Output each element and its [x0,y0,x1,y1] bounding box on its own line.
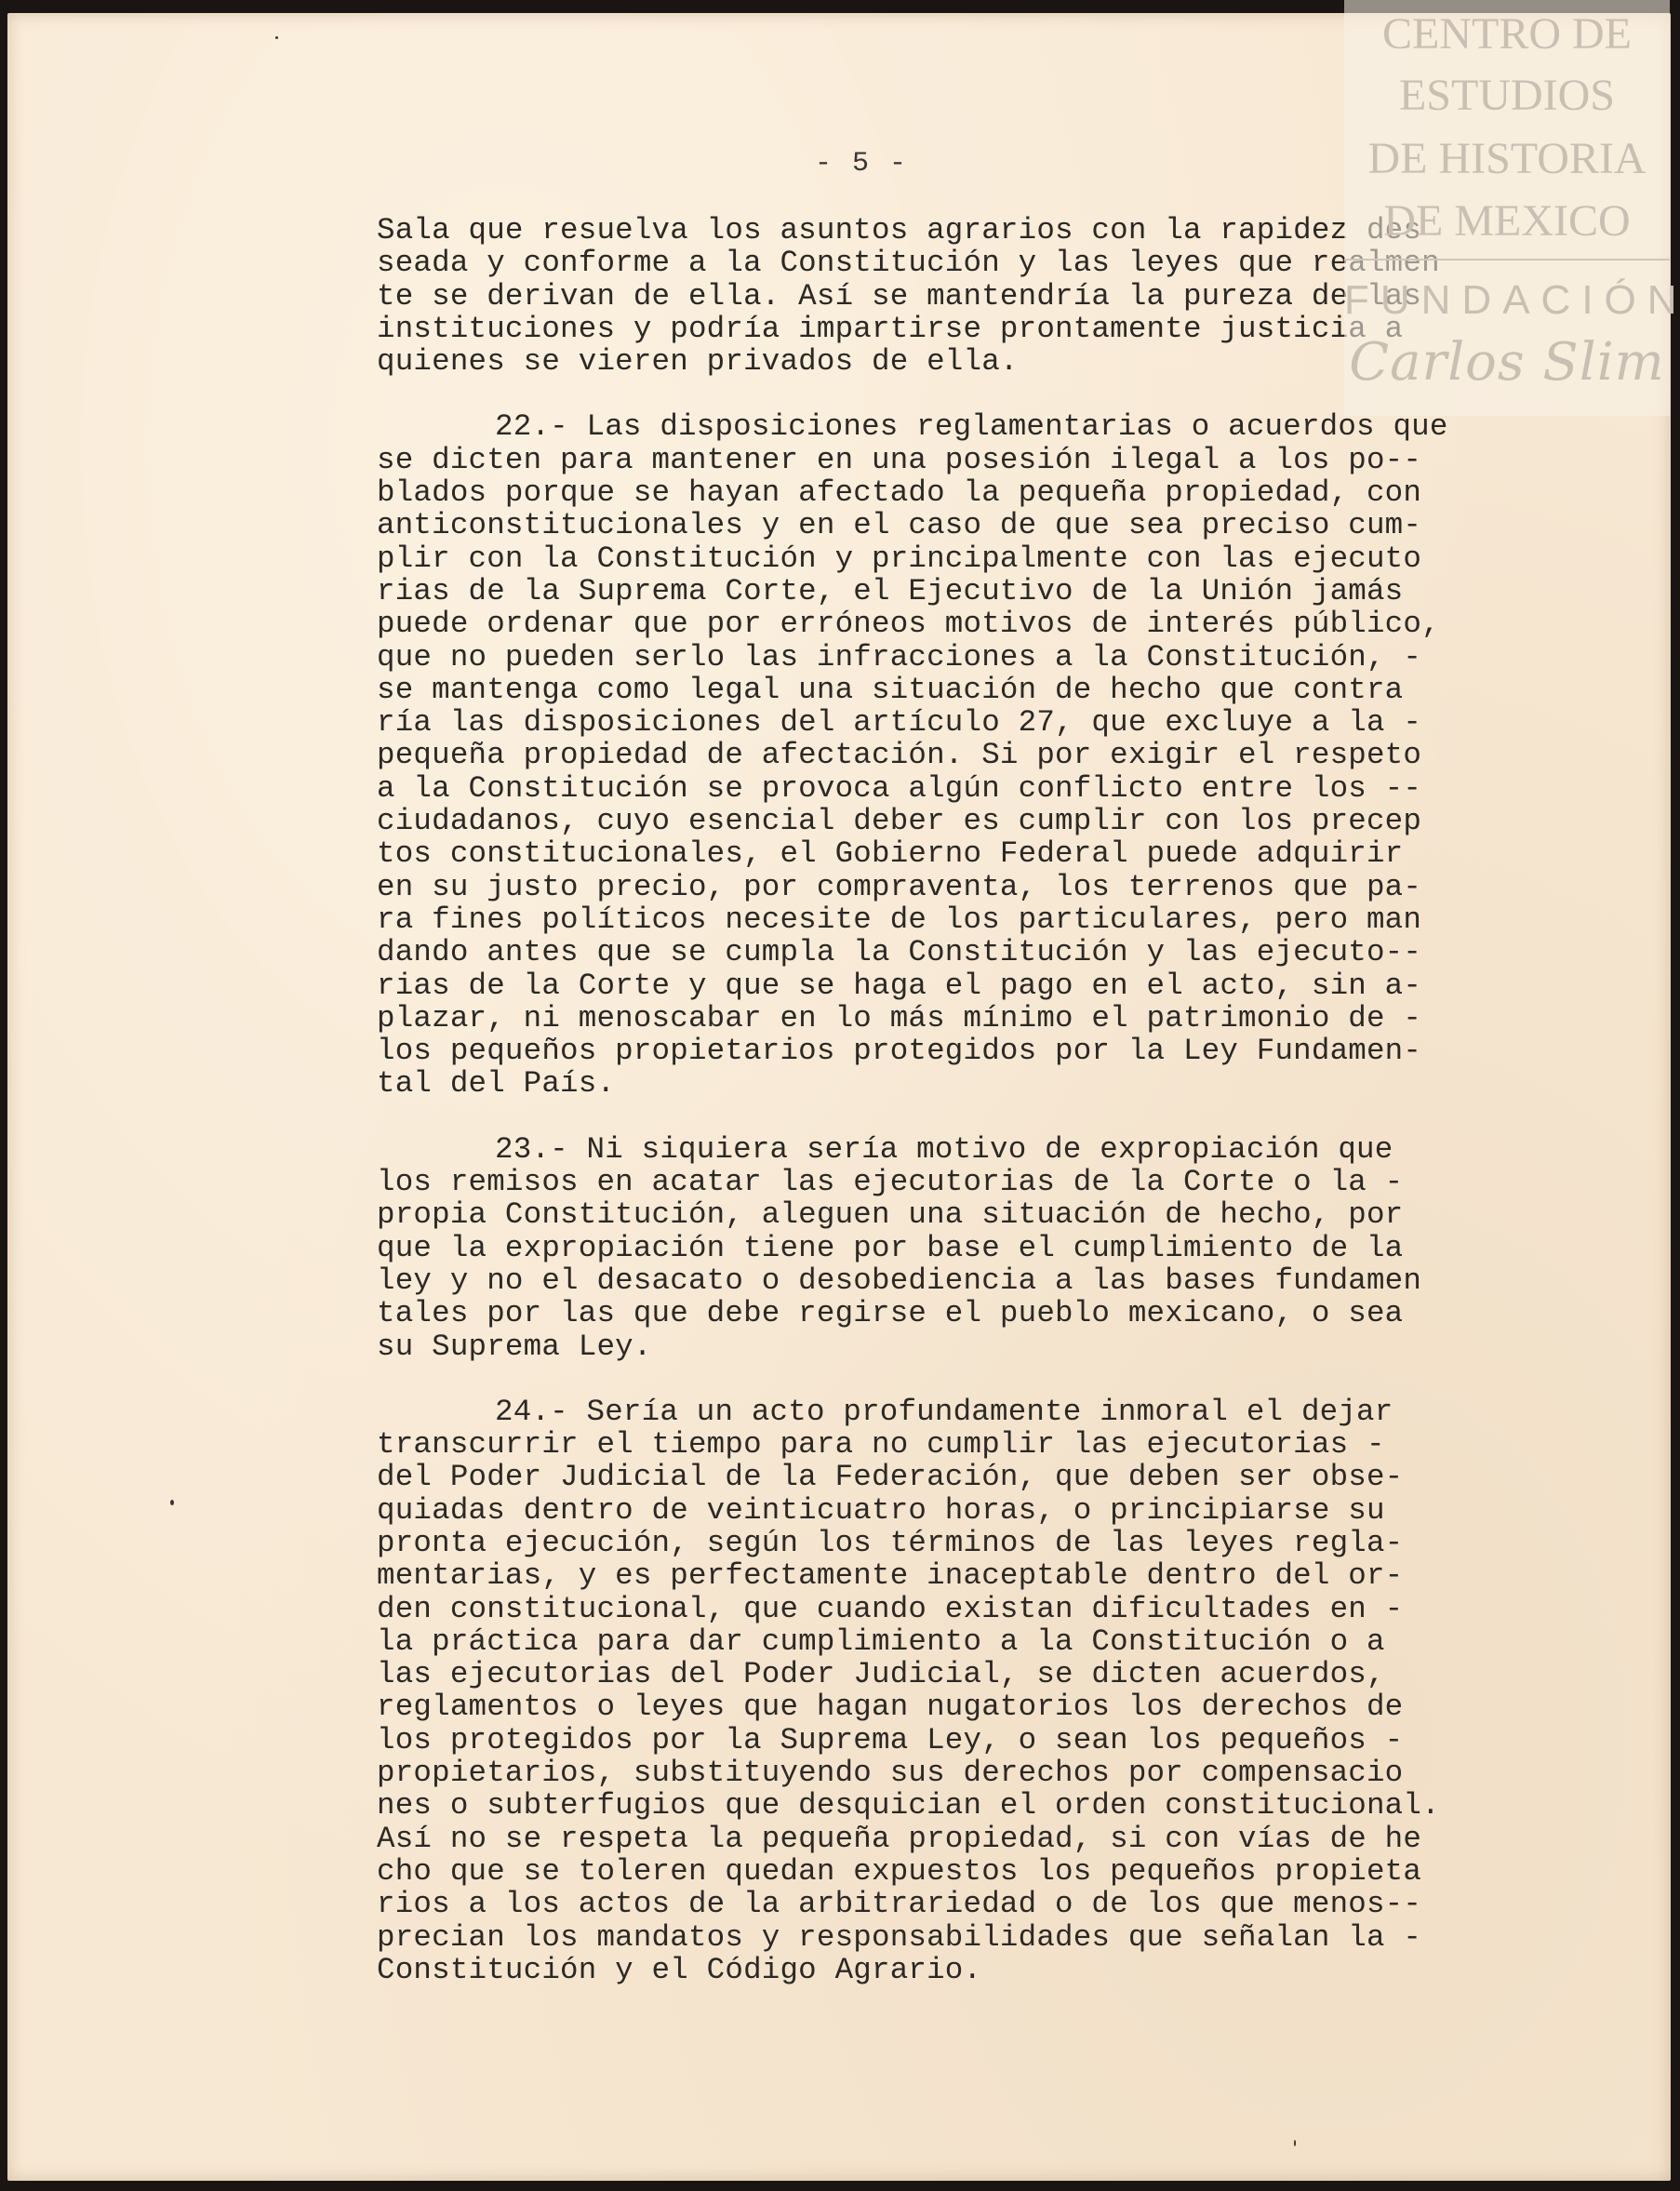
text-line: los pequeños propietarios protegidos por… [377,1035,1530,1067]
text-line: en su justo precio, por compraventa, los… [377,871,1530,903]
paragraph-section-23: 23.- Ni siquiera sería motivo de expropi… [377,1133,1530,1363]
text-line: rias de la Suprema Corte, el Ejecutivo d… [377,575,1530,608]
text-line: que la expropiación tiene por base el cu… [377,1232,1530,1264]
text-line: que no pueden serlo las infracciones a l… [377,641,1530,674]
text-line: plazar, ni menoscabar en lo más mínimo e… [377,1002,1530,1035]
text-line: puede ordenar que por erróneos motivos d… [377,608,1530,640]
text-line: quiadas dentro de veinticuatro horas, o … [377,1494,1530,1527]
document-body: Sala que resuelva los asuntos agrarios c… [377,214,1530,1986]
text-line: pequeña propiedad de afectación. Si por … [377,739,1530,771]
scan-speck [1294,2140,1296,2146]
watermark-line-2: ESTUDIOS [1344,73,1670,119]
text-line: Constitución y el Código Agrario. [377,1954,1530,1986]
text-line: nes o subterfugios que desquician el ord… [377,1789,1530,1822]
text-line: ley y no el desacato o desobediencia a l… [377,1264,1530,1297]
scan-speck [275,36,278,39]
text-line: propietarios, substituyendo sus derechos… [377,1757,1530,1789]
text-line: blados porque se hayan afectado la peque… [377,476,1530,509]
text-line: tos constitucionales, el Gobierno Federa… [377,837,1530,870]
text-line: plir con la Constitución y principalment… [377,542,1530,575]
text-line: precian los mandatos y responsabilidades… [377,1921,1530,1954]
text-line: cho que se toleren quedan expuestos los … [377,1855,1530,1888]
watermark-divider [1344,259,1670,261]
text-line: se dicten para mantener en una posesión … [377,444,1530,476]
watermark-foundation: FUNDACIÓN [1344,277,1670,324]
text-line: los remisos en acatar las ejecutorias de… [377,1166,1530,1198]
text-line: a la Constitución se provoca algún confl… [377,772,1530,805]
text-line: reglamentos o leyes que hagan nugatorios… [377,1690,1530,1723]
text-line: 23.- Ni siquiera sería motivo de expropi… [377,1133,1530,1166]
text-line: ciudadanos, cuyo esencial deber es cumpl… [377,805,1530,837]
text-line: la práctica para dar cumplimiento a la C… [377,1625,1530,1658]
text-line: pronta ejecución, según los términos de … [377,1527,1530,1559]
text-line: rias de la Corte y que se haga el pago e… [377,969,1530,1002]
text-line: 24.- Sería un acto profundamente inmoral… [377,1396,1530,1428]
scan-speck [170,1500,174,1505]
text-line: su Suprema Ley. [377,1330,1530,1363]
text-line: ría las disposiciones del artículo 27, q… [377,706,1530,739]
watermark-line-1: CENTRO DE [1344,11,1670,58]
text-line: los protegidos por la Suprema Ley, o sea… [377,1724,1530,1757]
text-line: transcurrir el tiempo para no cumplir la… [377,1428,1530,1461]
text-line: ra fines políticos necesite de los parti… [377,903,1530,936]
text-line: Así no se respeta la pequeña propiedad, … [377,1823,1530,1855]
text-line: propia Constitución, aleguen una situaci… [377,1198,1530,1231]
watermark-line-4: DE MEXICO [1344,198,1670,245]
text-line: anticonstitucionales y en el caso de que… [377,509,1530,541]
watermark-line-3: DE HISTORIA [1344,136,1670,182]
text-line: del Poder Judicial de la Federación, que… [377,1461,1530,1493]
text-line: las ejecutorias del Poder Judicial, se d… [377,1658,1530,1690]
page-number: - 5 - [815,148,908,180]
archive-watermark: CENTRO DE ESTUDIOS DE HISTORIA DE MEXICO… [1344,0,1670,416]
text-line: se mantenga como legal una situación de … [377,674,1530,706]
paragraph-section-24: 24.- Sería un acto profundamente inmoral… [377,1396,1530,1986]
text-line: tal del País. [377,1067,1530,1100]
paragraph-section-22: 22.- Las disposiciones reglamentarias o … [377,410,1530,1100]
watermark-signature: Carlos Slim [1344,340,1670,386]
text-line: den constitucional, que cuando existan d… [377,1593,1530,1625]
text-line: dando antes que se cumpla la Constitució… [377,936,1530,969]
text-line: rios a los actos de la arbitrariedad o d… [377,1888,1530,1920]
text-line: tales por las que debe regirse el pueblo… [377,1297,1530,1329]
text-line: mentarias, y es perfectamente inaceptabl… [377,1559,1530,1592]
